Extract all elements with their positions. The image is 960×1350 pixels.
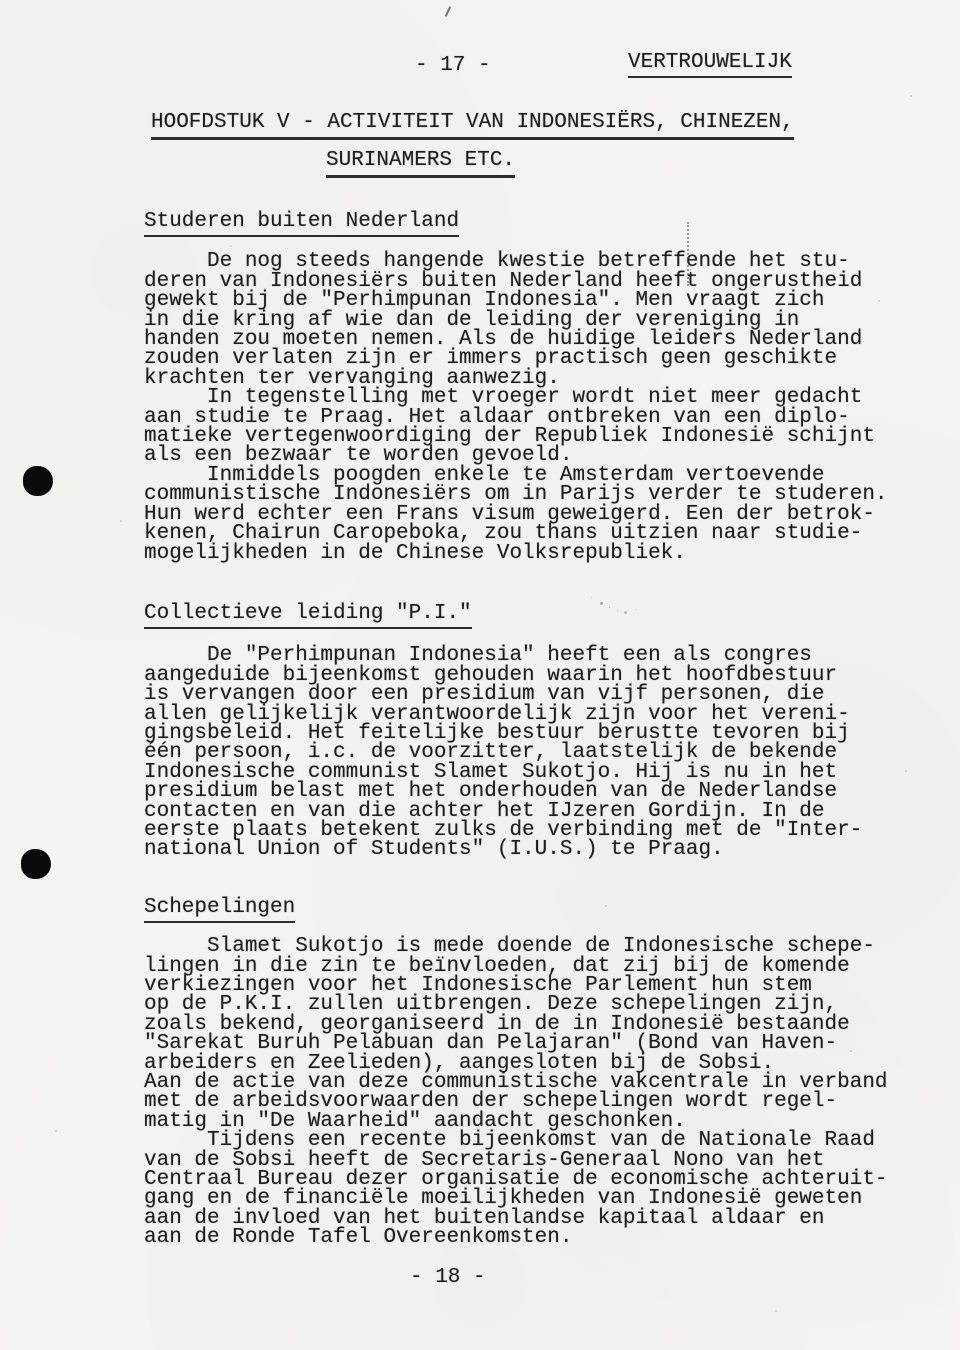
pencil-speck-artifact	[600, 602, 603, 605]
section-heading-collectieve-leiding-pi: Collectieve leiding "P.I."	[144, 604, 934, 623]
paragraph: Tijdens een recente bijeenkomst van de N…	[144, 1131, 934, 1247]
punch-hole-ink-dot-artifact	[23, 466, 53, 496]
page-number-bottom: - 18 -	[410, 1268, 486, 1287]
fold-line-artifact	[687, 222, 689, 286]
chapter-title-line2: SURINAMERS ETC.	[326, 151, 515, 170]
punch-hole-ink-dot-artifact	[21, 849, 51, 879]
section-heading-text: Schepelingen	[144, 896, 295, 923]
document-body: Studeren buiten Nederland De nog steeds …	[144, 212, 934, 1248]
paragraph: Slamet Sukotjo is mede doende de Indones…	[144, 937, 934, 1131]
chapter-title-line1-text: HOOFDSTUK V - ACTIVITEIT VAN INDONESIËRS…	[151, 111, 794, 140]
page-number-top: - 17 -	[415, 56, 491, 75]
section-heading-text: Studeren buiten Nederland	[144, 210, 459, 237]
chapter-title-line2-text: SURINAMERS ETC.	[326, 149, 515, 178]
scan-noise-artifact	[910, 95, 912, 97]
classification-label: VERTROUWELIJK	[628, 51, 792, 78]
classification-stamp: VERTROUWELIJK	[628, 53, 792, 72]
paragraph: Inmiddels poogden enkele te Amsterdam ve…	[144, 466, 934, 563]
chapter-title-line1: HOOFDSTUK V - ACTIVITEIT VAN INDONESIËRS…	[151, 113, 794, 132]
paragraph: De "Perhimpunan Indonesia" heeft een als…	[144, 646, 934, 859]
stray-mark-artifact	[445, 6, 451, 17]
section-heading-text: Collectieve leiding "P.I."	[144, 602, 472, 629]
section-heading-studeren-buiten-nederland: Studeren buiten Nederland	[144, 212, 934, 231]
paragraph: De nog steeds hangende kwestie betreffen…	[144, 252, 934, 388]
section-heading-schepelingen: Schepelingen	[144, 898, 934, 917]
paragraph: In tegenstelling met vroeger wordt niet …	[144, 388, 934, 466]
